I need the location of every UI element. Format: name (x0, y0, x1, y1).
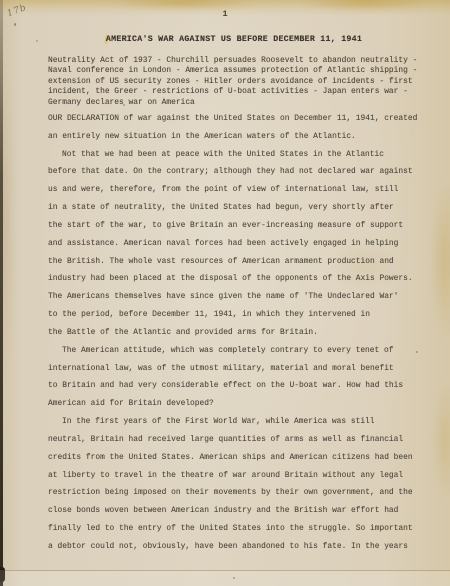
body-line: neutral, Britain had received large quan… (48, 431, 426, 449)
body-line: in a state of neutrality, the United Sta… (48, 199, 426, 217)
body-line: us and were, therefore, from the point o… (48, 181, 426, 199)
body-line: to the period, before December 11, 1941,… (48, 306, 426, 324)
page-number: 1 (0, 9, 450, 19)
summary-line: Naval conference in London - America ass… (48, 66, 426, 76)
body-line: American aid for Britain developed? (48, 395, 426, 413)
body-line: Not that we had been at peace with the U… (48, 146, 426, 164)
paper-bottom-band (0, 571, 450, 586)
body-line: finally led to the entry of the United S… (48, 520, 426, 538)
body-line: In the first years of the First World Wa… (48, 413, 426, 431)
paper-speck (233, 577, 235, 579)
body-line: the Battle of the Atlantic and provided … (48, 324, 426, 342)
summary-line: Germany declares war on America (48, 98, 426, 108)
summary-line: Neutrality Act of 1937 - Churchill persu… (48, 56, 426, 66)
body-line: to Britain and had very considerable eff… (48, 377, 426, 395)
body-line: The Americans themselves have since give… (48, 288, 426, 306)
summary-line: extension of US security zones - Hitler … (48, 77, 426, 87)
body-line: an entirely new situation in the America… (48, 128, 426, 146)
body-line: the British. The whole vast resources of… (48, 253, 426, 271)
body-text: OUR DECLARATION of war against the Unite… (48, 110, 426, 556)
body-line: and assistance. American naval forces ha… (48, 235, 426, 253)
scanned-document-page: 17b 1 AMERICA'S WAR AGAINST US BEFORE DE… (0, 0, 450, 586)
document-title: AMERICA'S WAR AGAINST US BEFORE DECEMBER… (48, 35, 420, 44)
body-line: a debtor could not, obviously, have been… (48, 538, 426, 556)
body-line: OUR DECLARATION of war against the Unite… (48, 110, 426, 128)
paper-stain-right (432, 380, 450, 500)
body-line: The American attitude, which was complet… (48, 342, 426, 360)
summary-line: incident, the Greer - restrictions of U-… (48, 87, 426, 97)
body-line: credits from the United States. American… (48, 449, 426, 467)
left-edge-shadow (0, 0, 3, 586)
body-line: industry had been placed at the disposal… (48, 270, 426, 288)
paper-stain-right (430, 180, 450, 340)
body-line: at liberty to travel in the theatre of w… (48, 467, 426, 485)
body-line: close bonds woven between American indus… (48, 502, 426, 520)
pencil-dot (14, 23, 16, 26)
summary-block: Neutrality Act of 1937 - Churchill persu… (48, 56, 426, 108)
body-line: international law, was of the utmost mil… (48, 360, 426, 378)
paper-speck (36, 40, 38, 42)
body-line: the start of the war, to give Britain an… (48, 217, 426, 235)
body-line: restriction being imposed on their movem… (48, 484, 426, 502)
body-line: before that date. On the contrary; altho… (48, 163, 426, 181)
